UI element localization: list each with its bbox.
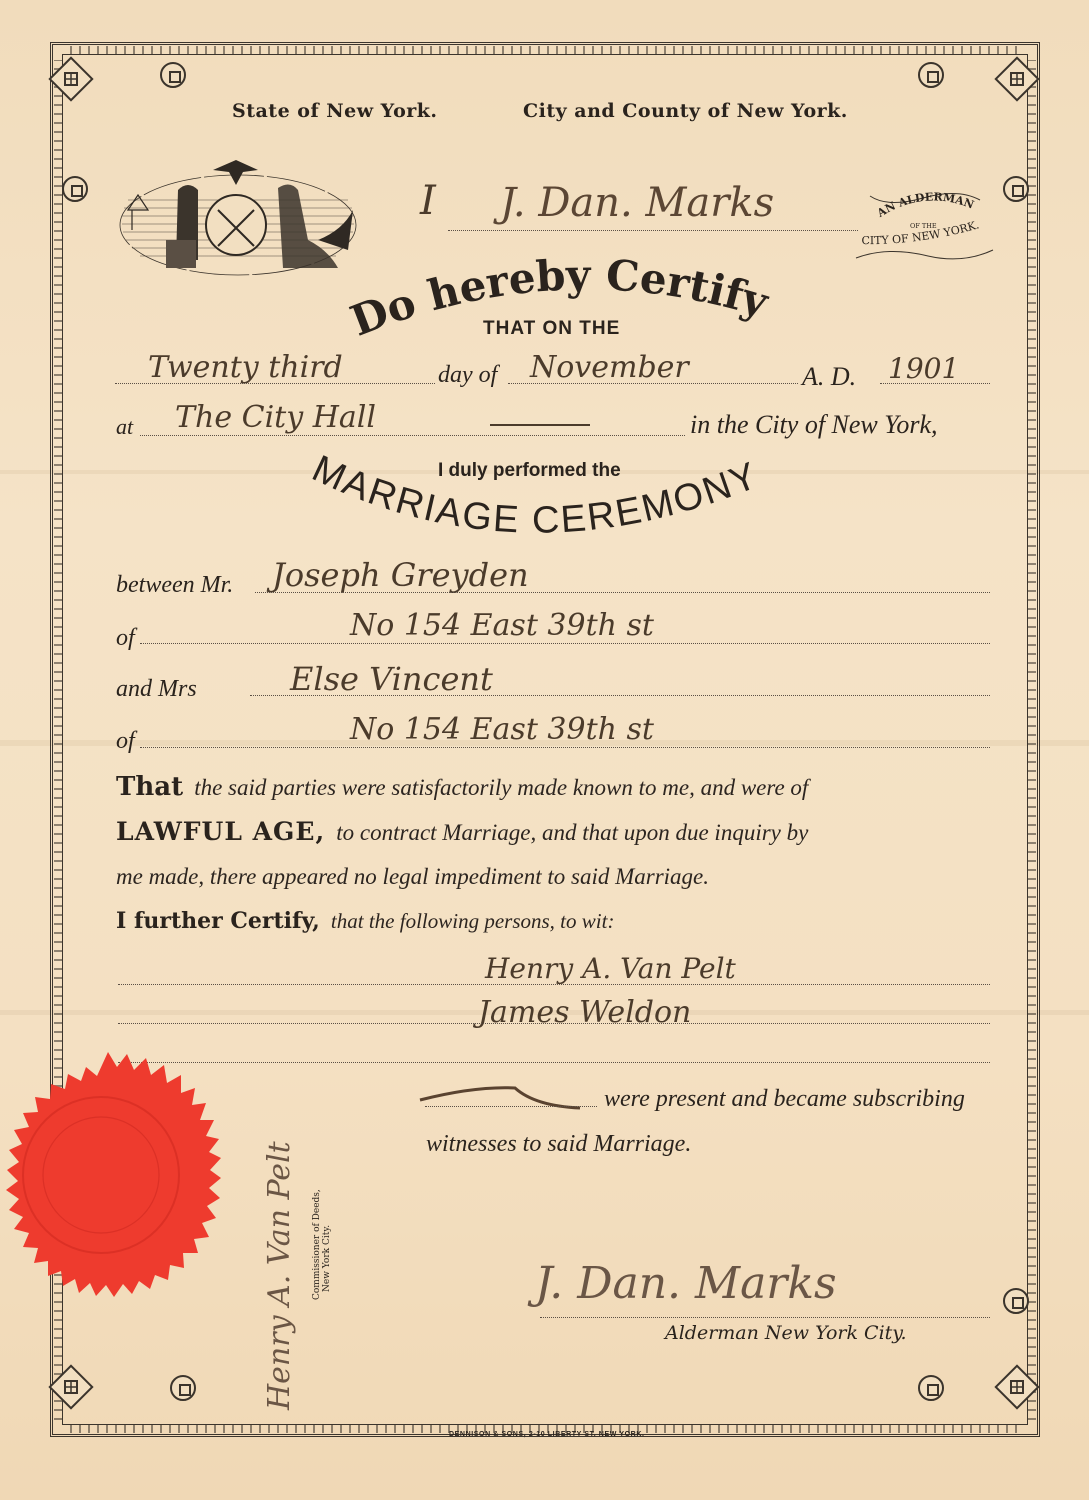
commissioner-signature: Henry A. Van Pelt — [262, 1141, 297, 1410]
between-label: between Mr. — [116, 572, 233, 599]
alderman-title: Alderman New York City. — [665, 1322, 907, 1344]
place-dash — [490, 424, 590, 426]
ceremony-heading: MARRIAGE CEREMONY — [290, 455, 820, 565]
corner-ornament-icon — [990, 52, 1046, 108]
witness-line-3 — [118, 1062, 990, 1063]
alderman-signature: J. Dan. Marks — [535, 1258, 837, 1309]
rosette-icon — [918, 1375, 944, 1401]
that-label: That — [116, 772, 183, 802]
header-city-county: City and County of New York. — [523, 100, 848, 122]
that-on-the-label: THAT ON THE — [483, 318, 620, 340]
printer-imprint: DENNISON & SONS, 2-10 LIBERTY ST. NEW YO… — [449, 1431, 645, 1438]
witness-dash-stroke — [415, 1078, 595, 1114]
groom-address: No 154 East 39th st — [350, 608, 654, 643]
border-band-top — [70, 46, 1020, 54]
lawful-age-label: LAWFUL AGE, — [116, 817, 325, 846]
at-label: at — [116, 414, 133, 440]
svg-text:MARRIAGE CEREMONY: MARRIAGE CEREMONY — [306, 455, 765, 542]
witnesses-line: witnesses to said Marriage. — [426, 1131, 691, 1158]
groom-address-line — [140, 643, 990, 644]
further-certify-label: I further Certify, — [116, 908, 320, 934]
month-value: November — [530, 350, 689, 385]
ad-label: A. D. — [802, 362, 856, 392]
rosette-icon — [1003, 176, 1029, 202]
bride-address: No 154 East 39th st — [350, 712, 654, 747]
red-notary-seal-icon — [0, 1050, 231, 1300]
place-line — [140, 435, 685, 436]
corner-ornament-icon — [990, 1360, 1046, 1416]
commissioner-title: Commissioner of Deeds, New York City. — [312, 1189, 332, 1300]
day-value: Twenty third — [148, 350, 343, 385]
body-line-2: LAWFUL AGE, to contract Marriage, and th… — [116, 817, 808, 846]
witness-2: James Weldon — [478, 995, 691, 1030]
present-line: were present and became subscribing — [604, 1086, 965, 1113]
corner-ornament-icon — [44, 1360, 100, 1416]
rosette-icon — [160, 62, 186, 88]
month-line — [508, 383, 798, 384]
body-line-3: me made, there appeared no legal impedim… — [116, 864, 709, 890]
corner-ornament-icon — [44, 52, 100, 108]
certificate-paper: State of New York. City and County of Ne… — [0, 0, 1089, 1500]
rosette-icon — [170, 1375, 196, 1401]
city-suffix: in the City of New York, — [690, 410, 938, 440]
bride-line — [250, 695, 990, 696]
witness-1: Henry A. Van Pelt — [485, 952, 736, 985]
of-label-1: of — [116, 625, 135, 652]
certifier-signature-line — [448, 230, 858, 231]
place-value: The City Hall — [175, 400, 376, 435]
bride-address-line — [140, 747, 990, 748]
rosette-icon — [918, 62, 944, 88]
header-state: State of New York. — [232, 100, 438, 122]
day-line — [115, 383, 435, 384]
groom-name: Joseph Greyden — [272, 556, 529, 594]
witness-line-4 — [425, 1106, 597, 1107]
day-of-label: day of — [438, 362, 497, 389]
of-label-2: of — [116, 728, 135, 755]
body-line-1: That the said parties were satisfactoril… — [116, 772, 808, 802]
alderman-badge: AN ALDERMAN OF THE CITY OF NEW YORK. — [848, 184, 998, 264]
state-arms-engraving-icon — [118, 150, 358, 285]
badge-line1: AN ALDERMAN — [874, 190, 976, 220]
border-band-right — [1028, 60, 1036, 1420]
year-value: 1901 — [888, 352, 959, 385]
and-label: and Mrs — [116, 676, 197, 703]
bride-name: Else Vincent — [290, 660, 493, 698]
svg-text:AN ALDERMAN: AN ALDERMAN — [874, 190, 976, 220]
rosette-icon — [62, 176, 88, 202]
year-line — [880, 383, 990, 384]
rosette-icon — [1003, 1288, 1029, 1314]
groom-line — [255, 592, 990, 593]
witness-line-1 — [118, 984, 990, 985]
witness-line-2 — [118, 1023, 990, 1024]
certifier-signature: J. Dan. Marks — [500, 180, 774, 226]
certifier-prefix: I — [420, 178, 436, 224]
alderman-signature-line — [540, 1317, 990, 1318]
body-line-4: I further Certify, that the following pe… — [116, 908, 614, 934]
